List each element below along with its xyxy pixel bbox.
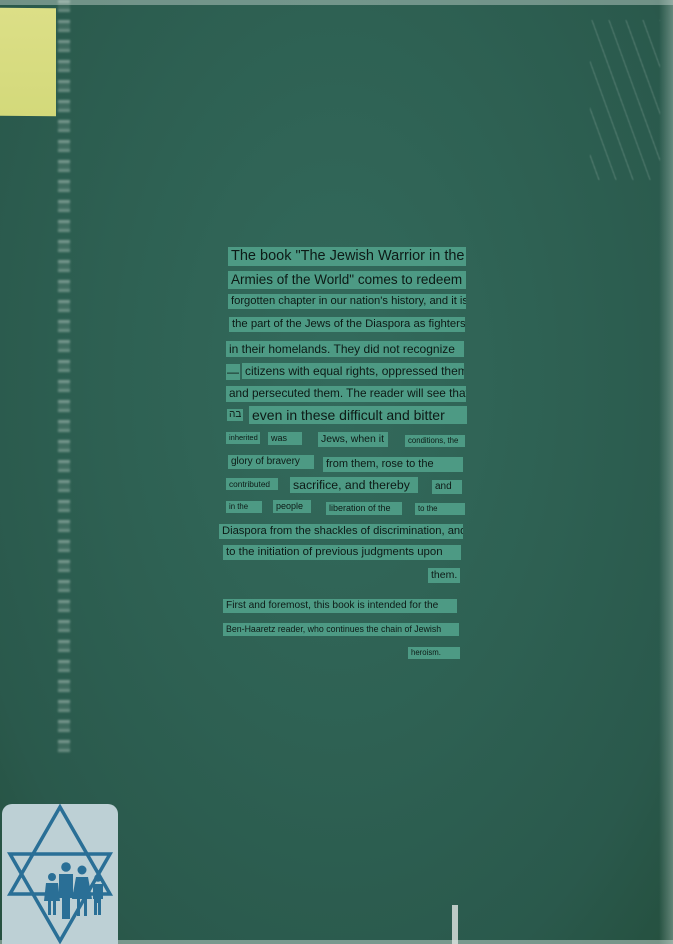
- fragment: from them, rose to the: [323, 457, 463, 472]
- audience-line: Ben-Haaretz reader, who continues the ch…: [223, 623, 459, 636]
- blurb-text-block: The book "The Jewish Warrior in the Armi…: [0, 0, 673, 944]
- blurb-line: to the initiation of previous judgments …: [223, 545, 461, 560]
- fragment: to the: [415, 503, 465, 515]
- blurb-line: citizens with equal rights, oppressed th…: [242, 363, 464, 379]
- blurb-line: Armies of the World" comes to redeem a: [228, 271, 466, 289]
- fragment: inherited: [226, 432, 260, 444]
- fragment: in the: [226, 501, 262, 513]
- audience-line: heroism.: [408, 647, 460, 659]
- dash-fragment: —: [226, 364, 240, 380]
- audience-line: First and foremost, this book is intende…: [223, 599, 457, 613]
- star-of-david-family-icon: [2, 804, 118, 944]
- fragment: contributed: [226, 478, 278, 490]
- fragment: liberation of the: [326, 502, 402, 515]
- blurb-line: them.: [428, 568, 460, 583]
- fragment: was: [268, 432, 302, 445]
- blurb-line: the part of the Jews of the Diaspora as …: [229, 317, 465, 332]
- publisher-logo: [2, 804, 118, 944]
- blurb-line: The book "The Jewish Warrior in the: [228, 247, 466, 266]
- blurb-line: forgotten chapter in our nation's histor…: [228, 294, 466, 309]
- blurb-line: even in these difficult and bitter: [249, 406, 467, 424]
- blurb-line: in their homelands. They did not recogni…: [226, 341, 464, 357]
- fragment: conditions, the: [405, 435, 465, 447]
- blurb-line: and persecuted them. The reader will see…: [226, 386, 466, 402]
- fragment: people: [273, 500, 311, 513]
- blurb-line: Diaspora from the shackles of discrimina…: [219, 524, 463, 539]
- fragment: Jews, when it: [318, 432, 388, 447]
- fragment: and: [432, 480, 462, 494]
- fragment: sacrifice, and thereby: [290, 477, 418, 493]
- hebrew-fragment: בה: [227, 409, 243, 421]
- fragment: glory of bravery: [228, 455, 314, 469]
